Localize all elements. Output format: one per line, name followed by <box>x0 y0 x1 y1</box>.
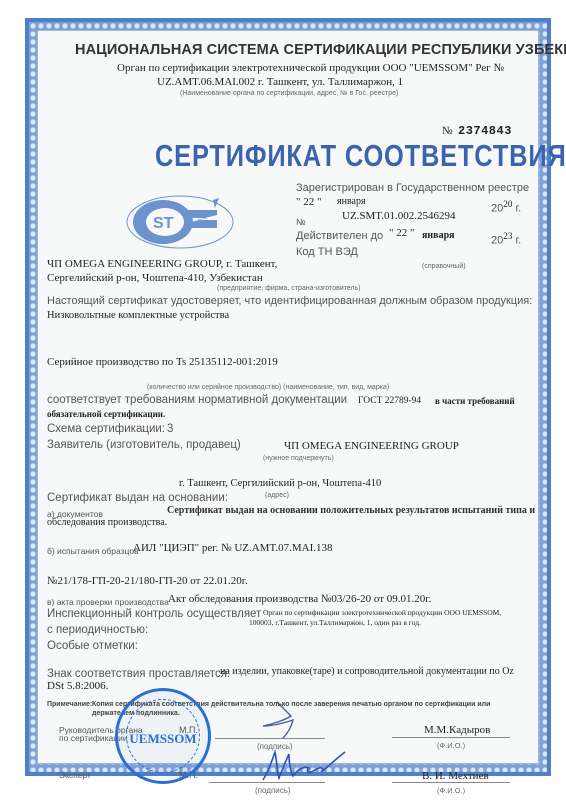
name-caption: (Ф.И.О.) <box>437 741 465 750</box>
basis-docs-value-line1: Сертификат выдан на основании положитель… <box>167 505 535 516</box>
stamp-text: UEMSSOM <box>118 731 208 747</box>
round-seal-icon: UEMSSOM <box>115 688 211 784</box>
registration-label: Зарегистрирован в Государственном реестр… <box>296 182 529 194</box>
valid-until-day: " 22 " <box>389 227 414 239</box>
signer-role-line1: Эксперт <box>59 770 91 780</box>
name-line <box>392 782 510 783</box>
inspection-label1: Инспекционный контроль осуществляет <box>47 608 261 620</box>
scheme-value: 3 <box>167 423 173 435</box>
applicant-value: ЧП OMEGA ENGINEERING GROUP <box>284 440 459 452</box>
signer-name: М.М.Кадыров <box>424 724 490 736</box>
signature-expert-icon <box>259 746 349 786</box>
basis-docs-value-line2: обследования производства. <box>47 517 167 528</box>
applicant-label: Заявитель (изготовитель, продавец) <box>47 439 241 451</box>
certificate-body: НАЦИОНАЛЬНАЯ СИСТЕМА СЕРТИФИКАЦИИ РЕСПУБ… <box>37 30 539 764</box>
signature-caption: (подпись) <box>255 786 291 795</box>
inspection-value-line2: 100003, г.Ташкент, ул.Таллимаржон, 1, од… <box>249 618 421 627</box>
compliance-line2: обязательной сертификации. <box>47 409 165 419</box>
svg-text:ST: ST <box>153 215 174 232</box>
name-line <box>392 737 510 738</box>
applicant-address-caption: (адрес) <box>265 492 289 499</box>
registration-day: " 22 " <box>296 196 321 208</box>
basis-tests-label: б) испытания образцов <box>47 546 139 556</box>
tn-ved-caption: (справочный) <box>422 263 466 270</box>
inspection-value-line1: Орган по сертификации электротехнической… <box>263 608 501 617</box>
compliance-suffix: в части требований <box>435 396 515 406</box>
signature-head-icon <box>257 698 317 742</box>
certification-body-line1: Орган по сертификации электротехнической… <box>117 62 504 74</box>
product-name: Низковольтные комплектные устройства <box>47 310 229 321</box>
valid-until-month: января <box>422 230 455 241</box>
registration-month: января <box>337 196 366 207</box>
signer-name: В. И. Мехтиев <box>422 770 489 782</box>
basis-audit-label: в) акта проверки производства <box>47 597 169 607</box>
product-serial: Серийное производство по Ts 25135112-001… <box>47 356 278 368</box>
product-intro: Настоящий сертификат удостоверяет, что и… <box>47 295 532 307</box>
reg-no-label: № <box>296 217 306 227</box>
basis-audit-value: Акт обследования производства №03/26-20 … <box>168 593 431 605</box>
manufacturer-caption: (предприятие, фирма, страна-изготовитель… <box>217 285 361 292</box>
mark-label: Знак соответствия проставляется: <box>47 668 230 680</box>
certificate-border: НАЦИОНАЛЬНАЯ СИСТЕМА СЕРТИФИКАЦИИ РЕСПУБ… <box>25 18 551 776</box>
number-label: № <box>442 125 453 137</box>
product-caption: (количество или серийное производство) (… <box>147 384 389 391</box>
basis-label: Сертификат выдан на основании: <box>47 492 228 504</box>
applicant-caption: (нужное подчеркнуть) <box>263 455 334 462</box>
special-notes-label: Особые отметки: <box>47 640 138 652</box>
reg-no-value: UZ.SMT.01.002.2546294 <box>342 210 455 222</box>
note-label: Примечание: <box>47 701 92 708</box>
certificate-number: № 2374843 <box>442 124 512 138</box>
valid-until-year: 2023 г. <box>491 231 521 247</box>
applicant-address: г. Ташкент, Сергилийский р-он, Чоштепа-4… <box>179 478 381 489</box>
system-title: НАЦИОНАЛЬНАЯ СИСТЕМА СЕРТИФИКАЦИИ РЕСПУБ… <box>75 42 566 58</box>
certificate-title: СЕРТИФИКАТ СООТВЕТСТВИЯ <box>155 138 566 174</box>
manufacturer-line2: Сергелийский р-он, Чоштепа-410, Узбекист… <box>47 272 263 284</box>
valid-until-label: Действителен до <box>296 230 383 242</box>
inspection-label2: с периодичностью: <box>47 624 148 636</box>
scheme-label: Схема сертификации: <box>47 423 165 435</box>
mark-value-line1: на изделии, упаковке(таре) и сопроводите… <box>220 666 514 677</box>
tn-ved-label: Код ТН ВЭД <box>296 246 358 258</box>
certification-body-line2: UZ.AMT.06.MAI.002 г. Ташкент, ул. Таллим… <box>157 76 403 88</box>
manufacturer-line1: ЧП OMEGA ENGINEERING GROUP, г. Ташкент, <box>47 258 277 270</box>
compliance-label: соответствует требованиям нормативной до… <box>47 394 347 406</box>
number-value: 2374843 <box>458 124 512 138</box>
stz-logo-icon: ST <box>125 194 235 250</box>
compliance-standard: ГОСТ 22789-94 <box>358 396 421 406</box>
name-caption: (Ф.И.О.) <box>437 786 465 795</box>
mark-value-line2: DSt 5.8:2006. <box>47 680 108 692</box>
basis-tests-line2: №21/178-ГП-20-21/180-ГП-20 от 22.01.20г. <box>47 575 248 587</box>
basis-tests-value: АИЛ "ЦИЭП" рег. № UZ.AMT.07.MAI.138 <box>133 542 333 554</box>
registration-year: 2020 г. <box>491 199 521 215</box>
certification-body-caption: (Наименование органа по сертификации, ад… <box>180 90 398 97</box>
